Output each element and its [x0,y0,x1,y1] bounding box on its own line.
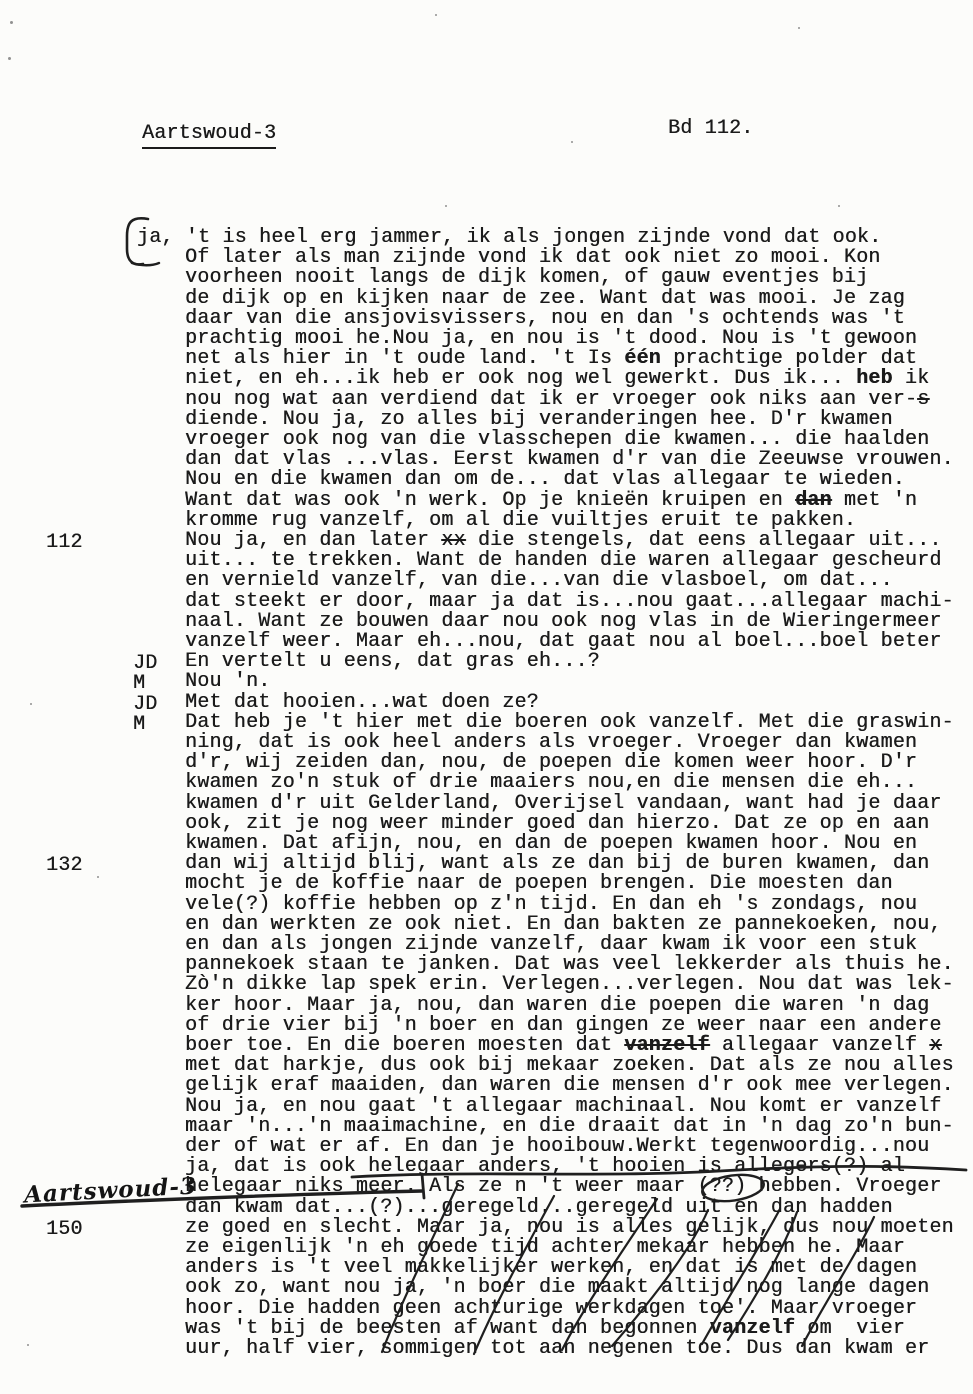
scan-speck [97,876,99,878]
transcript-line: en dan als jongen zijnde vanzelf, daar k… [185,935,917,955]
transcript-line: vele(?) koffie hebben op z'n tijd. En da… [185,895,917,915]
transcript-line: met dat harkje, dus ook bij mekaar zoeke… [185,1056,954,1076]
scan-speck [445,205,447,207]
transcript-line: net als hier in 't oude land. 't Is één … [185,349,917,369]
transcript-line: daar van die ansjovisvissers, nou en dan… [185,309,905,329]
margin-number: 112 [46,531,83,554]
transcript-line: Nou ja, en nou gaat 't allegaar machinaa… [185,1097,942,1117]
transcript-line: prachtig mooi he.Nou ja, en nou is 't do… [185,329,917,349]
transcript-line: Of later als man zijnde vond ik dat ook … [185,248,881,268]
transcript-line: uit... te trekken. Want de handen die wa… [185,551,942,571]
transcript-line: ker hoor. Maar ja, nou, dan waren die po… [185,996,929,1016]
transcript-line: boer toe. En die boeren moesten dat vanz… [185,1036,942,1056]
struck-text: s [917,388,929,411]
scan-speck [8,57,11,60]
transcript-line: maar 'n...'n maaimachine, en die draait … [185,1117,954,1137]
scan-speck [798,27,800,29]
transcript-line: dan dat vlas ...vlas. Eerst kwamen d'r v… [185,450,954,470]
transcript-line: Dat heb je 't hier met die boeren ook va… [185,713,954,733]
overtyped-text: heb [856,367,893,390]
transcript-line: mocht je de koffie naar de poepen brenge… [185,874,893,894]
transcript-line: en vernield vanzelf, van die...van die v… [185,571,893,591]
transcript-line: anders is 't veel makkelijker werken, en… [185,1258,917,1278]
scan-speck [435,14,437,16]
transcript-line: Nou ja, en dan later xx die stengels, da… [185,531,942,551]
transcript-line: Met dat hooien...wat doen ze? [185,693,539,713]
page-title: Aartswoud-3 [142,122,276,149]
transcript-line: kwamen d'r uit Gelderland, Overijsel van… [185,794,942,814]
transcript-line: ja, 't is heel erg jammer, ik als jongen… [137,228,881,248]
transcript-line: der of wat er af. En dan je hooibouw.Wer… [185,1137,929,1157]
transcript-line: pannekoek staan te janken. Dat was veel … [185,955,954,975]
speaker-label: M [133,713,145,736]
transcript-line: vroeger ook nog van die vlasschepen die … [185,430,929,450]
transcript-line: kwamen. Dat afijn, nou, en dan de poepen… [185,834,917,854]
transcript-line: voorheen nooit langs de dijk komen, of g… [185,268,868,288]
margin-number: 150 [46,1218,83,1241]
scan-speck [27,1344,29,1346]
transcript-line: En vertelt u eens, dat gras eh...? [185,652,600,672]
transcript-line: kwamen zo'n stuk of drie maaiers nou,en … [185,773,917,793]
transcript-line: ze goed en slecht. Maar ja, nou is alles… [185,1218,954,1238]
transcript-line: ook zo, want nou ja, 'n boer die maakt a… [185,1278,929,1298]
transcript-line: de dijk op en kijken naar de zee. Want d… [185,289,905,309]
transcript-line: Nou 'n. [185,672,270,692]
transcript-line: hoor. Die hadden geen achturige werkdage… [185,1299,917,1319]
transcript-line: Want dat was ook 'n werk. Op je knieën k… [185,491,917,511]
transcript-line: dat steekt er door, maar ja dat is...nou… [185,592,954,612]
transcript-line: en dan werkten ze ook niet. En dan bakte… [185,915,942,935]
transcript-line: dan kwam dat...(?)...geregeld...geregeld… [185,1198,893,1218]
margin-number: 132 [46,854,83,877]
transcript-line: naal. Want ze bouwen daar nou ook nog vl… [185,612,942,632]
transcript-line: diende. Nou ja, zo alles bij verandering… [185,410,893,430]
transcript-line: d'r, wij zeiden dan, nou, de poepen die … [185,753,917,773]
transcript-line: niet, en eh...ik heb er ook nog wel gewe… [185,369,929,389]
transcript-line: ja, dat is ook helegaar anders, 't hooie… [185,1157,905,1177]
transcript-line: of drie vier bij 'n boer en dan gingen z… [185,1016,942,1036]
transcript-line: Zò'n dikke lap spek erin. Verlegen...ver… [185,975,954,995]
scan-speck [571,141,573,143]
transcript-line: kromme rug vanzelf, om al die vuiltjes e… [185,511,856,531]
transcript-line: ze eigenlijk 'n eh goede tijd achter mek… [185,1238,905,1258]
transcript-line: vanzelf weer. Maar eh...nou, dat gaat no… [185,632,942,652]
scan-speck [838,205,840,207]
transcript-line: dan wij altijd blij, want als ze dan bij… [185,854,929,874]
transcript-line: ning, dat is ook heel anders als vroeger… [185,733,917,753]
scanned-transcript-page: Aartswoud-3 Bd 112. ja, 't is heel erg j… [0,0,973,1394]
scan-speck [30,703,32,705]
transcript-line: helegaar niks meer. Als ze n 't weer maa… [185,1177,942,1197]
transcript-line: Nou en die kwamen dan om de... dat vlas … [185,470,905,490]
transcript-line: uur, half vier, sommigen tot aan negenen… [185,1339,929,1359]
page-reference: Bd 112. [668,117,753,140]
transcript-line: nou nog wat aan verdiend dat ik er vroeg… [185,390,929,410]
transcript-line: was 't bij de beesten af want dan begonn… [185,1319,905,1339]
transcript-line: ook, zit je nog weer minder goed dan hie… [185,814,929,834]
transcript-line: gelijk eraf maaiden, dan waren die mense… [185,1076,954,1096]
scan-speck [10,21,13,24]
